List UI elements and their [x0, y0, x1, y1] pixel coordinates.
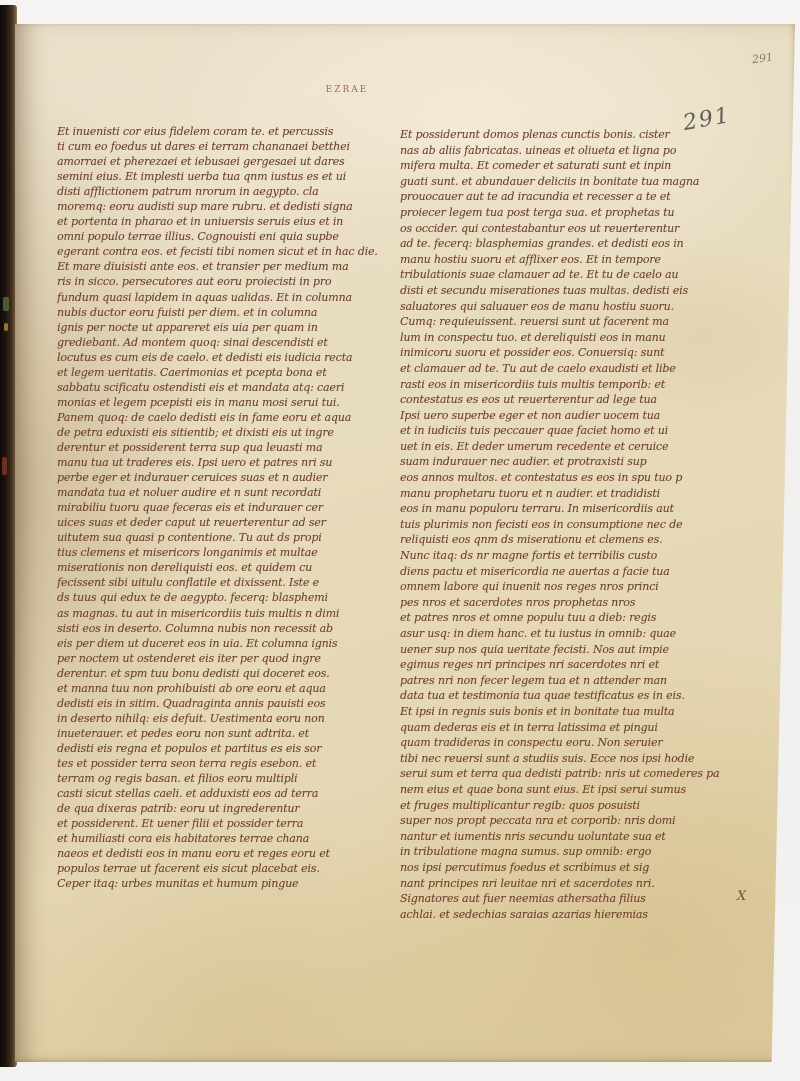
text-line: asur usq: in diem hanc. et tu iustus in …: [400, 626, 740, 642]
text-line: Panem quoq: de caelo dedisti eis in fame…: [57, 410, 391, 425]
text-line: ad te. fecerq: blasphemias grandes. et d…: [400, 236, 740, 252]
text-line: disti afflictionem patrum nrorum in aegy…: [57, 184, 391, 199]
text-line: os occider. qui contestabantur eos ut re…: [400, 221, 740, 237]
text-line: monias et legem pcepisti eis in manu mos…: [57, 395, 391, 410]
text-line: derentur. et spm tuu bonu dedisti qui do…: [57, 666, 391, 681]
text-line: tius clemens et misericors longanimis et…: [57, 545, 391, 560]
text-line: grediebant. Ad montem quoq: sinai descen…: [57, 335, 391, 350]
text-line: Et inuenisti cor eius fidelem coram te. …: [57, 124, 391, 139]
text-line: quam tradideras in conspectu eoru. Non s…: [400, 735, 740, 751]
text-line: eis per diem ut duceret eos in uia. Et c…: [57, 636, 391, 651]
text-line: uitutem sua quasi p contentione. Tu aut …: [57, 530, 391, 545]
text-line: nem eius et quae bona sunt eius. Et ipsi…: [400, 782, 740, 798]
text-line: mirabiliu tuoru quae feceras eis et indu…: [57, 500, 391, 515]
text-line: semini eius. Et implesti uerba tua qnm i…: [57, 169, 391, 184]
text-line: nos ipsi percutimus foedus et scribimus …: [400, 860, 740, 876]
text-line: lum in conspectu tuo. et dereliquisti eo…: [400, 330, 740, 346]
text-line: nas ab aliis fabricatas. uineas et oliue…: [400, 143, 740, 159]
text-line: nubis ductor eoru fuisti per diem. et in…: [57, 305, 391, 320]
text-line: fecissent sibi uitulu conflatile et dixi…: [57, 575, 391, 590]
text-line: terram og regis basan. et filios eoru mu…: [57, 771, 391, 786]
text-line: sabbatu scificatu ostendisti eis et mand…: [57, 380, 391, 395]
text-line: pes nros et sacerdotes nros prophetas nr…: [400, 595, 740, 611]
text-line: naeos et dedisti eos in manu eoru et reg…: [57, 846, 391, 861]
text-line: uices suas et deder caput ut reuerterent…: [57, 515, 391, 530]
text-line: diens pactu et misericordia ne auertas a…: [400, 564, 740, 580]
text-line: locutus es cum eis de caelo. et dedisti …: [57, 350, 391, 365]
text-line: eos in manu populoru terraru. In miseric…: [400, 501, 740, 517]
running-title: EZRAE: [315, 85, 379, 95]
text-line: et manna tuu non prohibuisti ab ore eoru…: [57, 681, 391, 696]
text-line: fundum quasi lapidem in aquas ualidas. E…: [57, 290, 391, 305]
text-line: nantur et iumentis nris secundu uoluntat…: [400, 829, 740, 845]
text-line: egimus reges nri principes nri sacerdote…: [400, 657, 740, 673]
text-line: super nos propt peccata nra et corporib:…: [400, 813, 740, 829]
text-line: uet in eis. Et deder umerum recedente et…: [400, 439, 740, 455]
text-line: disti et secundu miserationes tuas multa…: [400, 283, 740, 299]
text-line: serui sum et terra qua dedisti patrib: n…: [400, 766, 740, 782]
text-line: suam indurauer nec audier. et protraxist…: [400, 454, 740, 470]
text-line: saluatores qui saluauer eos de manu host…: [400, 299, 740, 315]
manuscript-page: EZRAE 291 291 Et inuenisti cor eius fide…: [15, 24, 795, 1062]
text-line: Ipsi uero superbe eger et non audier uoc…: [400, 408, 740, 424]
text-line: ds tuus qui edux te de aegypto. fecerq: …: [57, 590, 391, 605]
text-line: prouocauer aut te ad iracundia et recess…: [400, 189, 740, 205]
text-line: patres nri non fecer legem tua et n atte…: [400, 673, 740, 689]
text-line: populos terrae ut facerent eis sicut pla…: [57, 861, 391, 876]
text-line: et legem ueritatis. Caerimonias et pcept…: [57, 365, 391, 380]
text-line: mandata tua et noluer audire et n sunt r…: [57, 485, 391, 500]
text-line: tes et possider terra seon terra regis e…: [57, 756, 391, 771]
text-line: casti sicut stellas caeli. et adduxisti …: [57, 786, 391, 801]
text-line: et patres nros et omne populu tuu a dieb…: [400, 610, 740, 626]
text-line: eos annos multos. et contestatus es eos …: [400, 470, 740, 486]
text-line: de petra eduxisti eis sitientib; et dixi…: [57, 425, 391, 440]
text-line: tribulationis suae clamauer ad te. Et tu…: [400, 267, 740, 283]
text-line: et clamauer ad te. Tu aut de caelo exaud…: [400, 361, 740, 377]
text-line: et fruges multiplicantur regib: quos pos…: [400, 798, 740, 814]
text-line: rasti eos in misericordiis tuis multis t…: [400, 377, 740, 393]
text-line: perbe eger et indurauer ceruices suas et…: [57, 470, 391, 485]
text-column-left: Et inuenisti cor eius fidelem coram te. …: [57, 124, 391, 891]
text-line: dedisti eis regna et populos et partitus…: [57, 741, 391, 756]
text-line: tibi nec reuersi sunt a studiis suis. Ec…: [400, 751, 740, 767]
text-line: Cumq: requieuissent. reuersi sunt ut fac…: [400, 314, 740, 330]
photo-background: EZRAE 291 291 Et inuenisti cor eius fide…: [0, 0, 800, 1081]
text-line: nant principes nri leuitae nri et sacerd…: [400, 876, 740, 892]
margin-x-mark: X: [737, 889, 746, 904]
text-line: Et possiderunt domos plenas cunctis boni…: [400, 127, 740, 143]
text-line: in deserto nihilq: eis defuit. Uestiment…: [57, 711, 391, 726]
text-line: contestatus es eos ut reuerterentur ad l…: [400, 392, 740, 408]
text-line: quam dederas eis et in terra latissima e…: [400, 720, 740, 736]
text-line: miserationis non dereliquisti eos. et qu…: [57, 560, 391, 575]
text-line: Et ipsi in regnis suis bonis et in bonit…: [400, 704, 740, 720]
text-line: dedisti eis in sitim. Quadraginta annis …: [57, 696, 391, 711]
text-line: uener sup nos quia ueritate fecisti. Nos…: [400, 642, 740, 658]
text-line: et portenta in pharao et in uniuersis se…: [57, 214, 391, 229]
page-edge-speck-red: [2, 457, 7, 475]
page-edge-speck-gold: [4, 323, 8, 331]
text-line: tuis plurimis non fecisti eos in consump…: [400, 517, 740, 533]
text-line: egerant contra eos. et fecisti tibi nome…: [57, 244, 391, 259]
text-line: moremq: eoru audisti sup mare rubru. et …: [57, 199, 391, 214]
text-line: et humiliasti cora eis habitatores terra…: [57, 831, 391, 846]
text-line: reliquisti eos qnm ds miserationu et cle…: [400, 532, 740, 548]
text-line: as magnas. tu aut in misericordiis tuis …: [57, 606, 391, 621]
text-line: et in iudiciis tuis peccauer quae faciet…: [400, 423, 740, 439]
text-line: omni populo terrae illius. Cognouisti en…: [57, 229, 391, 244]
text-line: derentur et possiderent terra sup qua le…: [57, 440, 391, 455]
text-line: Et mare diuisisti ante eos. et transier …: [57, 259, 391, 274]
text-line: inimicoru suoru et possider eos. Conuers…: [400, 345, 740, 361]
text-line: manu prophetaru tuoru et n audier. et tr…: [400, 486, 740, 502]
text-line: guati sunt. et abundauer deliciis in bon…: [400, 174, 740, 190]
text-line: data tua et testimonia tua quae testific…: [400, 688, 740, 704]
text-line: et possiderent. Et uener filii et possid…: [57, 816, 391, 831]
text-line: Ceper itaq: urbes munitas et humum pingu…: [57, 876, 391, 891]
text-line: ti cum eo foedus ut dares ei terram chan…: [57, 139, 391, 154]
text-line: mifera multa. Et comeder et saturati sun…: [400, 158, 740, 174]
page-edge-speck-green: [3, 297, 9, 311]
text-line: per noctem ut ostenderet eis iter per qu…: [57, 651, 391, 666]
text-line: Signatores aut fuer neemias athersatha f…: [400, 891, 740, 907]
text-line: ris in sicco. persecutores aut eoru proi…: [57, 274, 391, 289]
text-line: Nunc itaq: ds nr magne fortis et terribi…: [400, 548, 740, 564]
text-line: omnem labore qui inuenit nos reges nros …: [400, 579, 740, 595]
text-line: ignis per nocte ut appareret eis uia per…: [57, 320, 391, 335]
text-line: amorraei et pherezaei et iebusaei gerges…: [57, 154, 391, 169]
text-line: manu tua ut traderes eis. Ipsi uero et p…: [57, 455, 391, 470]
text-line: inueterauer. et pedes eoru non sunt adtr…: [57, 726, 391, 741]
page-number-pencil: 291: [751, 51, 773, 66]
text-line: de qua dixeras patrib: eoru ut ingredere…: [57, 801, 391, 816]
text-line: proiecer legem tua post terga sua. et pr…: [400, 205, 740, 221]
text-line: sisti eos in deserto. Columna nubis non …: [57, 621, 391, 636]
text-line: manu hostiu suoru et afflixer eos. Et in…: [400, 252, 740, 268]
book-gutter: [0, 5, 17, 1067]
text-column-right: Et possiderunt domos plenas cunctis boni…: [400, 127, 740, 922]
text-line: achlai. et sedechias saraias azarias hie…: [400, 907, 740, 923]
text-line: in tribulatione magna sumus. sup omnib: …: [400, 844, 740, 860]
